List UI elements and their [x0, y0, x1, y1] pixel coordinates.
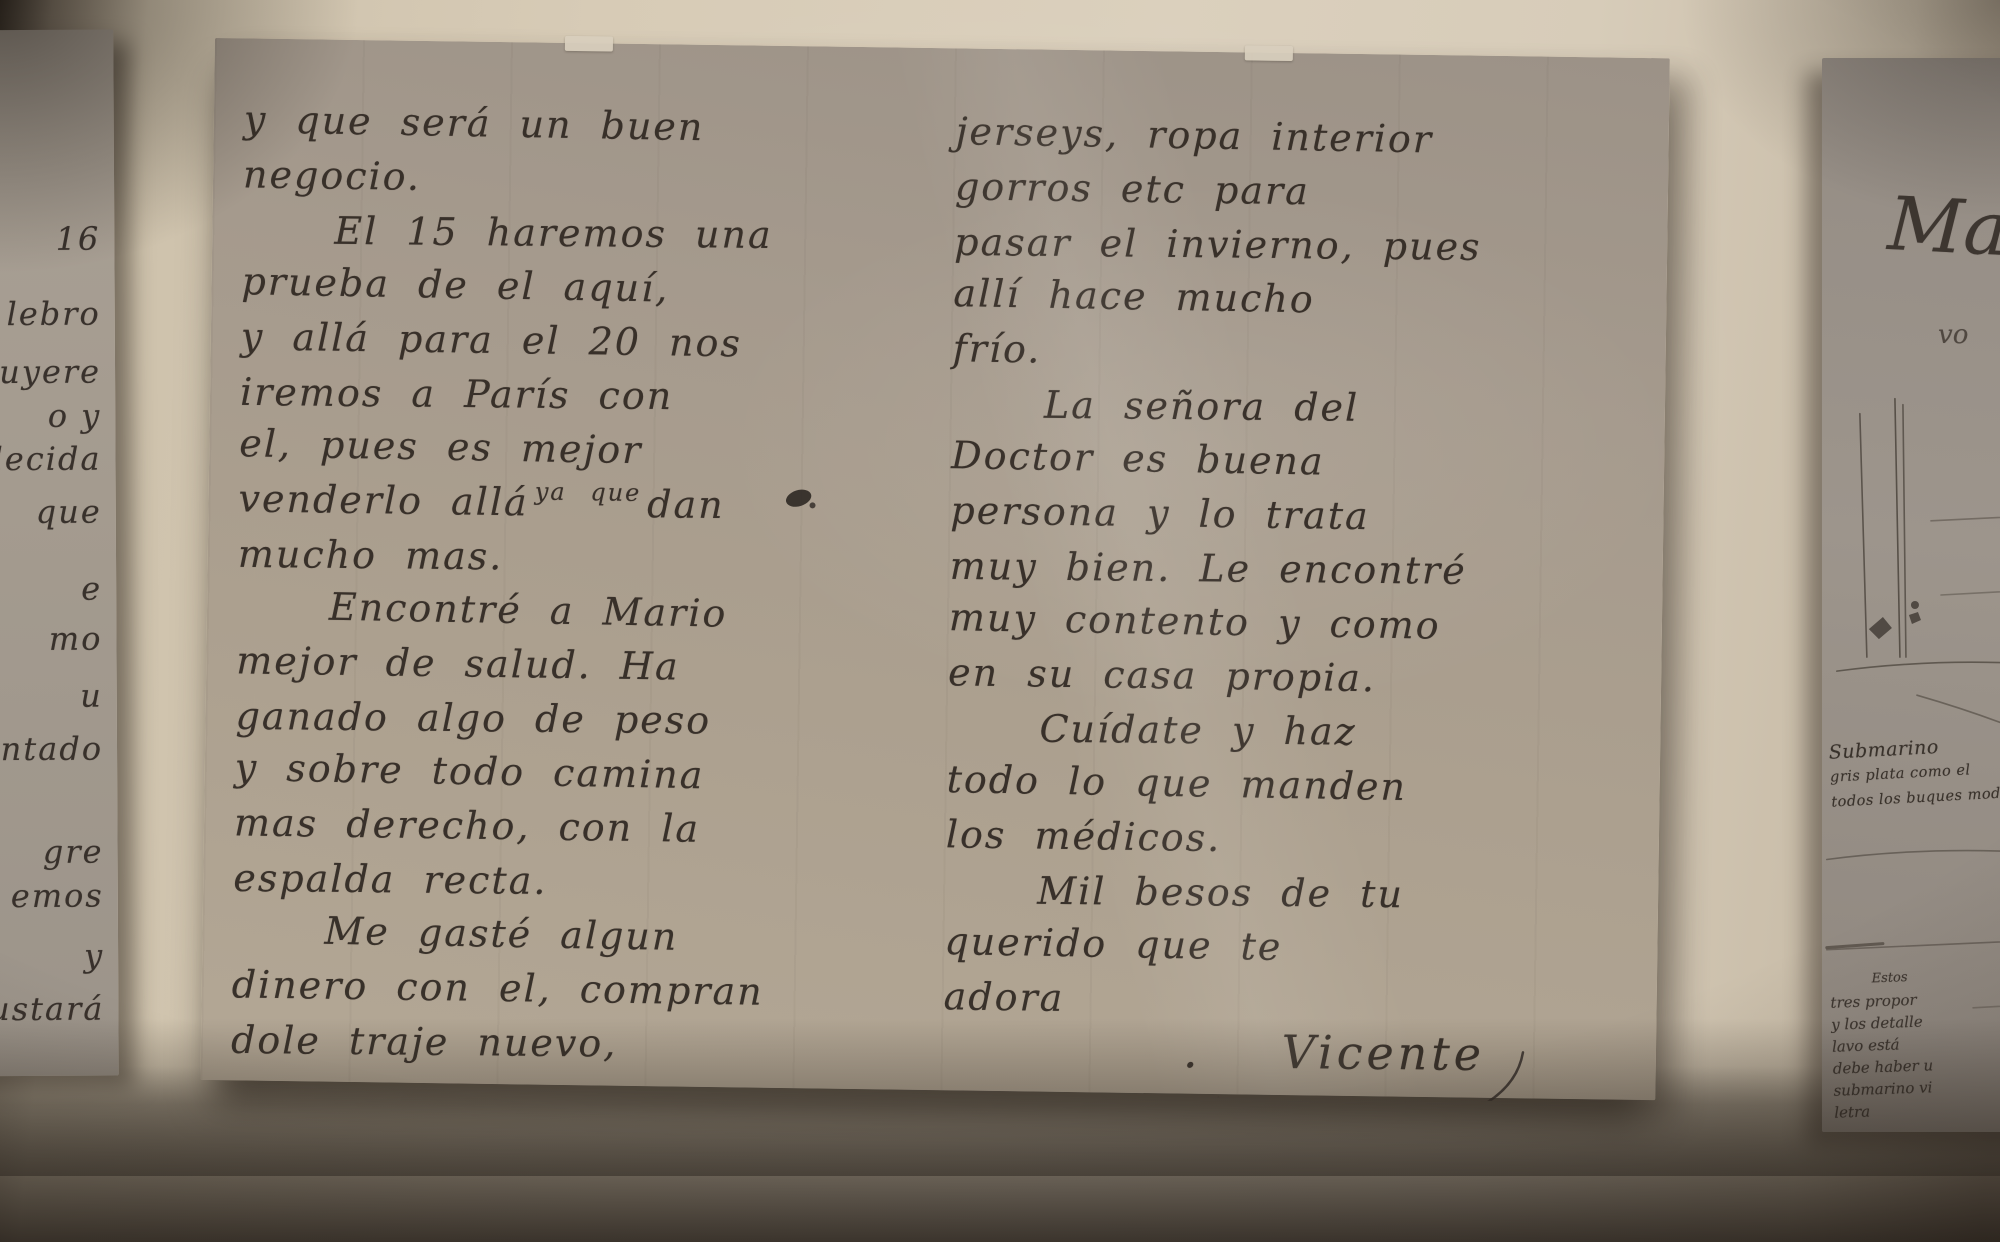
- left-sheet: 16 lebro uyere o y lecida que e mo u ent…: [0, 30, 119, 1077]
- sketch-notes: Estostres propory los detallelavo estáde…: [1829, 966, 1935, 1123]
- letter-line: pasar el invierno, pues: [954, 204, 1654, 265]
- sketch-annotation: Submarinogris plata como eltodos los buq…: [1828, 731, 2000, 815]
- left-page-fragment: mo: [49, 620, 103, 658]
- note-line: y los detalle: [1831, 1010, 1932, 1035]
- letter-line: dole traje nuevo,: [231, 1002, 931, 1063]
- letter-left-column: y que será un buennegocio.El 15 haremos …: [231, 82, 945, 1064]
- letter-line: todo lo que manden: [946, 741, 1647, 807]
- letter-line: Mil besos de tu: [945, 852, 1645, 913]
- letter-line: ganado algo de peso: [235, 678, 935, 739]
- left-page-fragment: gustará: [0, 990, 104, 1029]
- mounting-tab: [565, 36, 613, 52]
- letter-line: muy contento y como: [949, 579, 1650, 645]
- left-page-fragment: emos: [11, 877, 104, 915]
- letter-line: Encontré a Mario: [237, 567, 938, 633]
- left-page-fragment: gre: [43, 833, 104, 871]
- mounting-tab: [1245, 45, 1293, 61]
- letter-line: y que será un buen: [244, 81, 945, 147]
- left-page-fragment: lecida: [0, 440, 102, 479]
- letter-line: El 15 haremos una: [242, 192, 942, 253]
- letter-line: Doctor es buena: [951, 417, 1652, 483]
- left-page-fragment: e: [81, 570, 102, 608]
- letter-line: mucho mas.: [238, 516, 938, 577]
- left-page-fragment: y: [84, 937, 104, 975]
- note-line: letra: [1834, 1098, 1935, 1123]
- letter-line: y sobre todo camina: [235, 729, 936, 795]
- letter-line: el, pues es mejor: [239, 405, 940, 471]
- museum-wall-photo: 16 lebro uyere o y lecida que e mo u ent…: [0, 0, 2000, 1242]
- left-page-fragment: lebro: [6, 295, 100, 333]
- letter-line: .Vicente: [943, 1014, 1643, 1075]
- letter-right-column: jerseys, ropa interiorgorros etc parapas…: [943, 94, 1657, 1076]
- letter-line: prueba de el aquí,: [241, 243, 942, 309]
- letter-line: La señora del: [952, 366, 1652, 427]
- left-page-fragment: 16: [56, 220, 101, 258]
- sketch-flag: [1869, 617, 1892, 639]
- letter-line: allí hace mucho: [953, 255, 1654, 321]
- letter-line: adora: [943, 958, 1644, 1022]
- letter-line: querido que te: [944, 903, 1645, 969]
- letter-line: espalda recta.: [233, 840, 933, 901]
- letter-line: muy bien. Le encontré: [950, 528, 1650, 589]
- letter-line: Cuídate y haz: [947, 690, 1647, 751]
- left-page-fragment: u: [80, 677, 103, 715]
- letter-line: Me gasté algun: [232, 891, 933, 957]
- left-page-fragment: entado: [0, 730, 103, 769]
- left-page-fragment: uyere: [0, 353, 101, 392]
- left-page-fragment: o y: [48, 397, 102, 435]
- right-sheet: Ma vo Submarin: [1822, 58, 2000, 1132]
- left-page-fragment: que: [36, 493, 102, 531]
- letter-sheet: y que será un buennegocio.El 15 haremos …: [200, 38, 1669, 1100]
- letter-line: iremos a París con: [240, 354, 940, 415]
- sketch-flag: [1909, 612, 1921, 624]
- letter-line: jerseys, ropa interior: [955, 93, 1656, 159]
- note-line: submarino vi: [1833, 1076, 1934, 1101]
